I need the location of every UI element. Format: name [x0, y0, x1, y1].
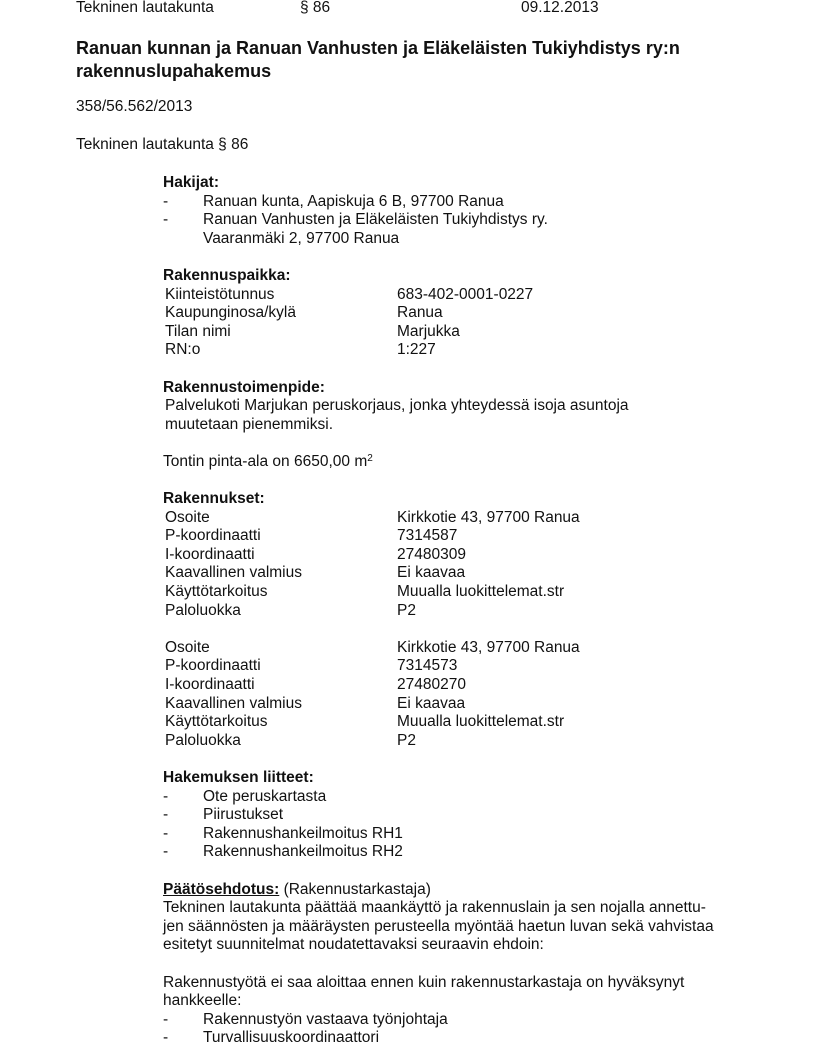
- condition-list: -Rakennustyön vastaava työnjohtaja-Turva…: [163, 1011, 763, 1048]
- measure-heading: Rakennustoimenpide:: [163, 379, 763, 398]
- proposal-author: (Rakennustarkastaja): [279, 881, 431, 898]
- header-section: § 86: [300, 0, 330, 17]
- row-label: Paloluokka: [165, 732, 397, 751]
- row-label: Kiinteistötunnus: [165, 286, 397, 305]
- row-label: P-koordinaatti: [165, 657, 397, 676]
- list-item: -Rakennustyön vastaava työnjohtaja: [163, 1011, 763, 1030]
- row-value: Muualla luokittelemat.str: [397, 713, 564, 732]
- proposal-heading: Päätösehdotus:: [163, 881, 279, 898]
- row-value: 683-402-0001-0227: [397, 286, 533, 305]
- row-label: P-koordinaatti: [165, 527, 397, 546]
- proposal-heading-line: Päätösehdotus: (Rakennustarkastaja): [163, 881, 763, 900]
- attachments-heading: Hakemuksen liitteet:: [163, 769, 763, 788]
- bullet: -: [163, 1029, 203, 1048]
- list-item: -Turvallisuuskoordinaattori: [163, 1029, 763, 1048]
- site-table: Kiinteistötunnus683-402-0001-0227Kaupung…: [163, 286, 763, 360]
- reference-number: 358/56.562/2013: [76, 98, 192, 116]
- bullet: -: [163, 843, 203, 862]
- list-item: -Rakennushankeilmoitus RH2: [163, 843, 763, 862]
- row-label: RN:o: [165, 341, 397, 360]
- row-value: Muualla luokittelemat.str: [397, 583, 564, 602]
- condition-text: Rakennustyötä ei saa aloittaa ennen kuin…: [163, 974, 763, 993]
- row-value: Ei kaavaa: [397, 695, 465, 714]
- row-label: Osoite: [165, 639, 397, 658]
- list-item-text: Rakennustyön vastaava työnjohtaja: [203, 1011, 448, 1030]
- attachments-list: -Ote peruskartasta-Piirustukset-Rakennus…: [163, 788, 763, 862]
- applicants-heading: Hakijat:: [163, 174, 763, 193]
- list-item: - Ranuan kunta, Aapiskuja 6 B, 97700 Ran…: [163, 193, 763, 212]
- proposal-text: esitetyt suunnitelmat noudatettavaksi se…: [163, 936, 763, 955]
- table-row: OsoiteKirkkotie 43, 97700 Ranua: [163, 509, 763, 528]
- proposal-text: jen säännösten ja määräysten perusteella…: [163, 918, 763, 937]
- row-value: Ei kaavaa: [397, 564, 465, 583]
- title-line: Ranuan kunnan ja Ranuan Vanhusten ja Elä…: [76, 37, 680, 60]
- plot-area-text: Tontin pinta-ala on 6650,00 m: [163, 453, 367, 470]
- row-value: Kirkkotie 43, 97700 Ranua: [397, 509, 580, 528]
- table-row: Tilan nimiMarjukka: [163, 323, 763, 342]
- row-value: Ranua: [397, 304, 443, 323]
- bullet: -: [163, 788, 203, 807]
- bullet: -: [163, 211, 203, 230]
- document-body: Hakijat: - Ranuan kunta, Aapiskuja 6 B, …: [163, 174, 763, 1048]
- row-label: Kaupunginosa/kylä: [165, 304, 397, 323]
- bullet: -: [163, 193, 203, 212]
- table-row: I-koordinaatti27480309: [163, 546, 763, 565]
- list-item: -Ote peruskartasta: [163, 788, 763, 807]
- row-label: I-koordinaatti: [165, 546, 397, 565]
- list-item-text: Rakennushankeilmoitus RH1: [203, 825, 403, 844]
- site-heading: Rakennuspaikka:: [163, 267, 763, 286]
- header-board: Tekninen lautakunta: [76, 0, 214, 17]
- proposal-text: Tekninen lautakunta päättää maankäyttö j…: [163, 899, 763, 918]
- applicant: Ranuan kunta, Aapiskuja 6 B, 97700 Ranua: [203, 193, 504, 212]
- row-label: Käyttötarkoitus: [165, 713, 397, 732]
- table-row: KäyttötarkoitusMuualla luokittelemat.str: [163, 583, 763, 602]
- list-item: - Ranuan Vanhusten ja Eläkeläisten Tukiy…: [163, 211, 763, 230]
- bullet: -: [163, 1011, 203, 1030]
- table-row: Kiinteistötunnus683-402-0001-0227: [163, 286, 763, 305]
- condition-text: hankkeelle:: [163, 992, 763, 1011]
- table-row: P-koordinaatti7314587: [163, 527, 763, 546]
- row-label: Kaavallinen valmius: [165, 695, 397, 714]
- row-value: 27480270: [397, 676, 466, 695]
- list-item-text: Ote peruskartasta: [203, 788, 326, 807]
- table-row: OsoiteKirkkotie 43, 97700 Ranua: [163, 639, 763, 658]
- table-row: PaloluokkaP2: [163, 732, 763, 751]
- row-label: Tilan nimi: [165, 323, 397, 342]
- row-label: Osoite: [165, 509, 397, 528]
- measure-text: Palvelukoti Marjukan peruskorjaus, jonka…: [163, 397, 763, 416]
- bullet: -: [163, 825, 203, 844]
- table-row: I-koordinaatti27480270: [163, 676, 763, 695]
- row-label: Kaavallinen valmius: [165, 564, 397, 583]
- list-item-text: Turvallisuuskoordinaattori: [203, 1029, 379, 1048]
- plot-area: Tontin pinta-ala on 6650,00 m2: [163, 453, 763, 472]
- header-date: 09.12.2013: [521, 0, 599, 17]
- list-item-text: Piirustukset: [203, 806, 283, 825]
- board-section: Tekninen lautakunta § 86: [76, 136, 248, 154]
- row-value: Kirkkotie 43, 97700 Ranua: [397, 639, 580, 658]
- row-value: 7314587: [397, 527, 457, 546]
- row-value: P2: [397, 732, 416, 751]
- table-row: KäyttötarkoitusMuualla luokittelemat.str: [163, 713, 763, 732]
- list-item: -Rakennushankeilmoitus RH1: [163, 825, 763, 844]
- list-item: -Piirustukset: [163, 806, 763, 825]
- row-value: 7314573: [397, 657, 457, 676]
- row-value: Marjukka: [397, 323, 460, 342]
- superscript: 2: [367, 453, 373, 464]
- building-table: OsoiteKirkkotie 43, 97700 RanuaP-koordin…: [163, 509, 763, 621]
- row-value: 1:227: [397, 341, 436, 360]
- buildings-heading: Rakennukset:: [163, 490, 763, 509]
- table-row: Kaupunginosa/kyläRanua: [163, 304, 763, 323]
- table-row: RN:o1:227: [163, 341, 763, 360]
- table-row: Kaavallinen valmiusEi kaavaa: [163, 695, 763, 714]
- row-value: 27480309: [397, 546, 466, 565]
- table-row: PaloluokkaP2: [163, 602, 763, 621]
- applicant-address: Vaaranmäki 2, 97700 Ranua: [163, 230, 763, 249]
- applicant: Ranuan Vanhusten ja Eläkeläisten Tukiyhd…: [203, 211, 548, 230]
- title-line: rakennuslupahakemus: [76, 60, 680, 83]
- building-table: OsoiteKirkkotie 43, 97700 RanuaP-koordin…: [163, 639, 763, 751]
- list-item-text: Rakennushankeilmoitus RH2: [203, 843, 403, 862]
- table-row: Kaavallinen valmiusEi kaavaa: [163, 564, 763, 583]
- table-row: P-koordinaatti7314573: [163, 657, 763, 676]
- row-label: Paloluokka: [165, 602, 397, 621]
- measure-text: muutetaan pienemmiksi.: [163, 416, 763, 435]
- bullet: -: [163, 806, 203, 825]
- row-label: Käyttötarkoitus: [165, 583, 397, 602]
- row-value: P2: [397, 602, 416, 621]
- document-title: Ranuan kunnan ja Ranuan Vanhusten ja Elä…: [76, 37, 680, 83]
- row-label: I-koordinaatti: [165, 676, 397, 695]
